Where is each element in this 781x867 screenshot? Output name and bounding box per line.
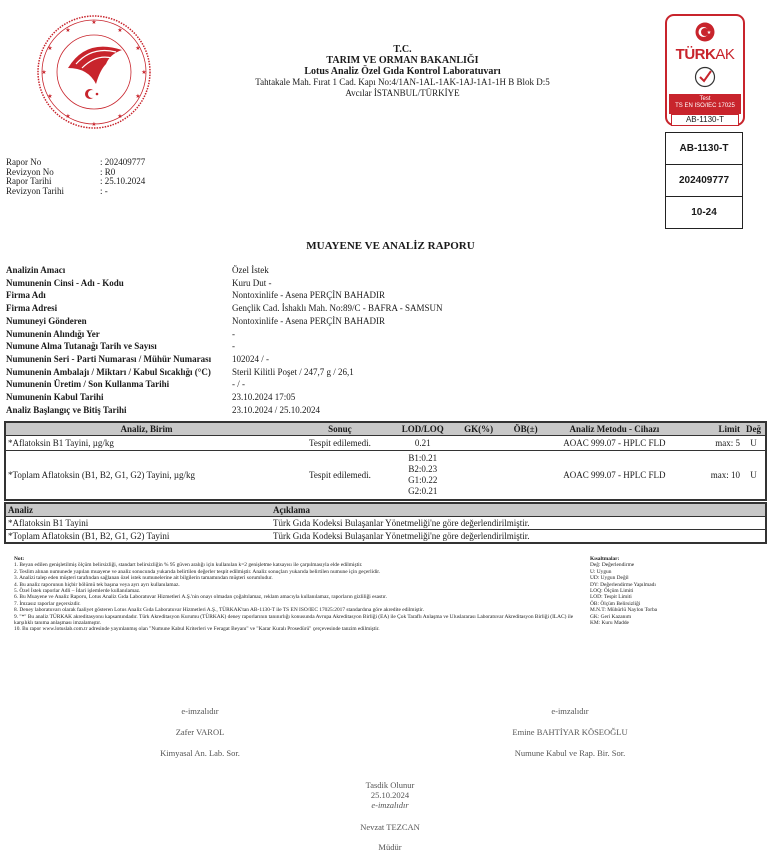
cell-ob	[505, 436, 547, 451]
cell-limit: max: 10	[682, 451, 742, 501]
table-row: *Aflatoksin B1 Tayini Türk Gıda Kodeksi …	[5, 517, 766, 530]
col-lod: LOD/LOQ	[393, 422, 453, 436]
info-label: Numunenin Kabul Tarihi	[6, 391, 232, 404]
info-value: -	[232, 340, 235, 353]
info-value: - / -	[232, 378, 245, 391]
signature-role: Kimyasal An. Lab. Sor.	[90, 748, 310, 769]
lod-value: B2:0.23	[395, 464, 451, 475]
info-row: Analiz Başlangıç ve Bitiş Tarihi23.10.20…	[6, 404, 443, 417]
info-label: Numunenin Seri - Parti Numarası / Mühür …	[6, 353, 232, 366]
info-value: 102024 / -	[232, 353, 269, 366]
info-row: Numune Alma Tutanağı Tarih ve Sayısı-	[6, 340, 443, 353]
info-label: Numuneyi Gönderen	[6, 315, 232, 328]
svg-text:★: ★	[117, 27, 122, 34]
info-value: 23.10.2024 / 25.10.2024	[232, 404, 320, 417]
header-address-line1: Tahtakale Mah. Fırat 1 Cad. Kapı No:4/1A…	[200, 77, 605, 88]
cell-analysis: *Toplam Aflatoksin (B1, B2, G1, G2) Tayi…	[5, 451, 287, 501]
info-label: Numunenin Ambalajı / Miktarı / Kabul Sıc…	[6, 366, 232, 379]
info-row: Numunenin Ambalajı / Miktarı / Kabul Sıc…	[6, 366, 443, 379]
info-label: Firma Adresi	[6, 302, 232, 315]
info-label: Analiz Başlangıç ve Bitiş Tarihi	[6, 404, 232, 417]
cell-analysis: *Toplam Aflatoksin (B1, B2, G1, G2) Tayi…	[5, 530, 271, 544]
explanations-table: Analiz Açıklama *Aflatoksin B1 Tayini Tü…	[4, 502, 767, 544]
cell-lod: B1:0.21 B2:0.23 G1:0.22 G2:0.21	[393, 451, 453, 501]
turkak-brand: TÜRKAK	[667, 46, 743, 63]
note-item: 9. "*" Bu analiz TÜRKAK akreditasyonu ka…	[14, 614, 574, 627]
accreditation-code-box: AB-1130-T	[666, 133, 742, 165]
approval-label: Tasdik Olunur	[280, 780, 500, 790]
report-id-boxes: AB-1130-T 202409777 10-24	[665, 132, 743, 229]
lod-value: G1:0.22	[395, 475, 451, 486]
info-label: Numunenin Üretim / Son Kullanma Tarihi	[6, 378, 232, 391]
info-label: Numunenin Cinsi - Adı - Kodu	[6, 277, 232, 290]
cell-limit: max: 5	[682, 436, 742, 451]
col-ob: ÖB(±)	[505, 422, 547, 436]
ministry-logo: ★ ★ ★ ★ ★ ★ ★ ★ ★ ★ ★ ★	[28, 12, 160, 132]
table-row: *Toplam Aflatoksin (B1, B2, G1, G2) Tayi…	[5, 530, 766, 544]
col-limit: Limit	[682, 422, 742, 436]
meta-label: Revizyon Tarihi	[6, 187, 100, 197]
signature-name: Emine BAHTİYAR KÖSEOĞLU	[460, 727, 680, 748]
info-row: Numunenin Üretim / Son Kullanma Tarihi- …	[6, 378, 443, 391]
svg-text:★: ★	[47, 45, 52, 52]
info-label: Numunenin Alındığı Yer	[6, 328, 232, 341]
info-value: -	[232, 328, 235, 341]
turkak-standard: TS EN ISO/IEC 17025	[669, 103, 741, 110]
cell-explanation: Türk Gıda Kodeksi Bulaşanlar Yönetmeliği…	[271, 517, 766, 530]
lod-value: 0.21	[395, 438, 451, 449]
info-row: Numunenin Seri - Parti Numarası / Mühür …	[6, 353, 443, 366]
info-row: Numunenin Alındığı Yer-	[6, 328, 443, 341]
info-value: Özel İstek	[232, 264, 269, 277]
signature-role: Numune Kabul ve Rap. Bir. Sor.	[460, 748, 680, 769]
cell-eval: U	[742, 451, 766, 501]
approval-status: e-imzalıdır	[280, 800, 500, 810]
checkmark-circle-icon	[694, 66, 716, 88]
info-label: Analizin Amacı	[6, 264, 232, 277]
signature-status: e-imzalıdır	[90, 706, 310, 727]
header-address-line2: Avcılar İSTANBUL/TÜRKİYE	[200, 88, 605, 99]
report-meta: Rapor No: 202409777 Revizyon No: R0 Rapo…	[6, 158, 145, 196]
cell-explanation: Türk Gıda Kodeksi Bulaşanlar Yönetmeliği…	[271, 530, 766, 544]
info-row: Numunenin Cinsi - Adı - KoduKuru Dut -	[6, 277, 443, 290]
header-ministry: TARIM VE ORMAN BAKANLIĞI	[200, 55, 605, 66]
sample-info: Analizin AmacıÖzel İstek Numunenin Cinsi…	[6, 264, 443, 416]
signature-left: e-imzalıdır Zafer VAROL Kimyasal An. Lab…	[90, 706, 310, 769]
approval-role: Müdür	[280, 842, 500, 852]
header-laboratory: Lotus Analiz Özel Gıda Kontrol Laboratuv…	[200, 66, 605, 77]
info-row: Numunenin Kabul Tarihi23.10.2024 17:05	[6, 391, 443, 404]
turkak-brand-part1: TÜRK	[676, 46, 716, 63]
info-value: Kuru Dut -	[232, 277, 272, 290]
col-result: Sonuç	[287, 422, 393, 436]
col-analysis: Analiz, Birim	[5, 422, 287, 436]
header-block: T.C. TARIM VE ORMAN BAKANLIĞI Lotus Anal…	[200, 44, 605, 99]
note-item: 10. Bu rapor www.lotuslab.com.tr adresin…	[14, 626, 574, 632]
svg-text:★: ★	[141, 69, 146, 76]
info-label: Numune Alma Tutanağı Tarih ve Sayısı	[6, 340, 232, 353]
col-method: Analiz Metodu - Cihazı	[547, 422, 683, 436]
results-table: Analiz, Birim Sonuç LOD/LOQ GK(%) ÖB(±) …	[4, 421, 767, 501]
col-eval: Değ	[742, 422, 766, 436]
info-row: Analizin AmacıÖzel İstek	[6, 264, 443, 277]
lod-value: G2:0.21	[395, 486, 451, 497]
svg-text:★: ★	[135, 45, 140, 52]
table-row: *Aflatoksin B1 Tayini, µg/kg Tespit edil…	[5, 436, 766, 451]
header-tc: T.C.	[200, 44, 605, 55]
svg-text:★: ★	[91, 19, 96, 26]
turkish-flag-icon: ★	[695, 22, 715, 42]
abbreviation-item: KM: Kuru Madde	[590, 620, 770, 626]
svg-text:★: ★	[65, 113, 70, 120]
explanations-header-row: Analiz Açıklama	[5, 503, 766, 517]
cell-analysis: *Aflatoksin B1 Tayini, µg/kg	[5, 436, 287, 451]
signature-name: Zafer VAROL	[90, 727, 310, 748]
report-number-box: 202409777	[666, 165, 742, 197]
ministry-seal-icon: ★ ★ ★ ★ ★ ★ ★ ★ ★ ★ ★ ★	[28, 12, 160, 132]
results-header-row: Analiz, Birim Sonuç LOD/LOQ GK(%) ÖB(±) …	[5, 422, 766, 436]
info-row: Firma AdresiGençlik Cad. İshaklı Mah. No…	[6, 302, 443, 315]
lod-value: B1:0.21	[395, 453, 451, 464]
period-box: 10-24	[666, 197, 742, 228]
approval-name: Nevzat TEZCAN	[280, 822, 500, 832]
approval-signature: Tasdik Olunur 25.10.2024 e-imzalıdır Nev…	[280, 780, 500, 852]
turkak-brand-part2: AK	[715, 46, 734, 63]
cell-gk	[453, 451, 505, 501]
info-value: Steril Kilitli Poşet / 247,7 g / 26,1	[232, 366, 354, 379]
meta-value: : -	[100, 187, 108, 197]
col-explanation: Açıklama	[271, 503, 766, 517]
cell-analysis: *Aflatoksin B1 Tayini	[5, 517, 271, 530]
cell-lod: 0.21	[393, 436, 453, 451]
info-row: Numuneyi GönderenNontoxinlife - Asena PE…	[6, 315, 443, 328]
svg-text:★: ★	[47, 93, 52, 100]
info-value: Nontoxinlife - Asena PERÇİN BAHADIR	[232, 289, 385, 302]
col-gk: GK(%)	[453, 422, 505, 436]
turkak-code: AB-1130-T	[671, 114, 739, 126]
turkak-accreditation-badge: ★ TÜRKAK Test TS EN ISO/IEC 17025 AB-113…	[665, 14, 745, 126]
svg-text:★: ★	[117, 113, 122, 120]
signature-status: e-imzalıdır	[460, 706, 680, 727]
approval-date: 25.10.2024	[280, 790, 500, 800]
page-title: MUAYENE VE ANALİZ RAPORU	[0, 240, 781, 252]
svg-text:★: ★	[65, 27, 70, 34]
turkak-standard-bar: Test TS EN ISO/IEC 17025	[669, 94, 741, 114]
cell-gk	[453, 436, 505, 451]
notes-section: Not: 1. Beyan edilen genişletilmiş ölçüm…	[14, 556, 574, 633]
cell-result: Tespit edilemedi.	[287, 436, 393, 451]
svg-text:★: ★	[707, 30, 712, 36]
table-row: *Toplam Aflatoksin (B1, B2, G1, G2) Tayi…	[5, 451, 766, 501]
cell-ob	[505, 451, 547, 501]
info-value: Gençlik Cad. İshaklı Mah. No:89/C - BAFR…	[232, 302, 443, 315]
col-analysis: Analiz	[5, 503, 271, 517]
cell-result: Tespit edilemedi.	[287, 451, 393, 501]
meta-row: Revizyon Tarihi: -	[6, 187, 145, 197]
cell-eval: U	[742, 436, 766, 451]
info-label: Firma Adı	[6, 289, 232, 302]
info-value: Nontoxinlife - Asena PERÇİN BAHADIR	[232, 315, 385, 328]
info-value: 23.10.2024 17:05	[232, 391, 295, 404]
signature-right: e-imzalıdır Emine BAHTİYAR KÖSEOĞLU Numu…	[460, 706, 680, 769]
info-row: Firma AdıNontoxinlife - Asena PERÇİN BAH…	[6, 289, 443, 302]
svg-text:★: ★	[91, 121, 96, 128]
svg-text:★: ★	[41, 69, 46, 76]
cell-method: AOAC 999.07 - HPLC FLD	[547, 451, 683, 501]
turkak-test-label: Test	[669, 96, 741, 103]
abbreviations-section: Kısaltmalar: Değ: Değerlendirme U: Uygun…	[590, 556, 770, 626]
cell-method: AOAC 999.07 - HPLC FLD	[547, 436, 683, 451]
svg-text:★: ★	[135, 93, 140, 100]
